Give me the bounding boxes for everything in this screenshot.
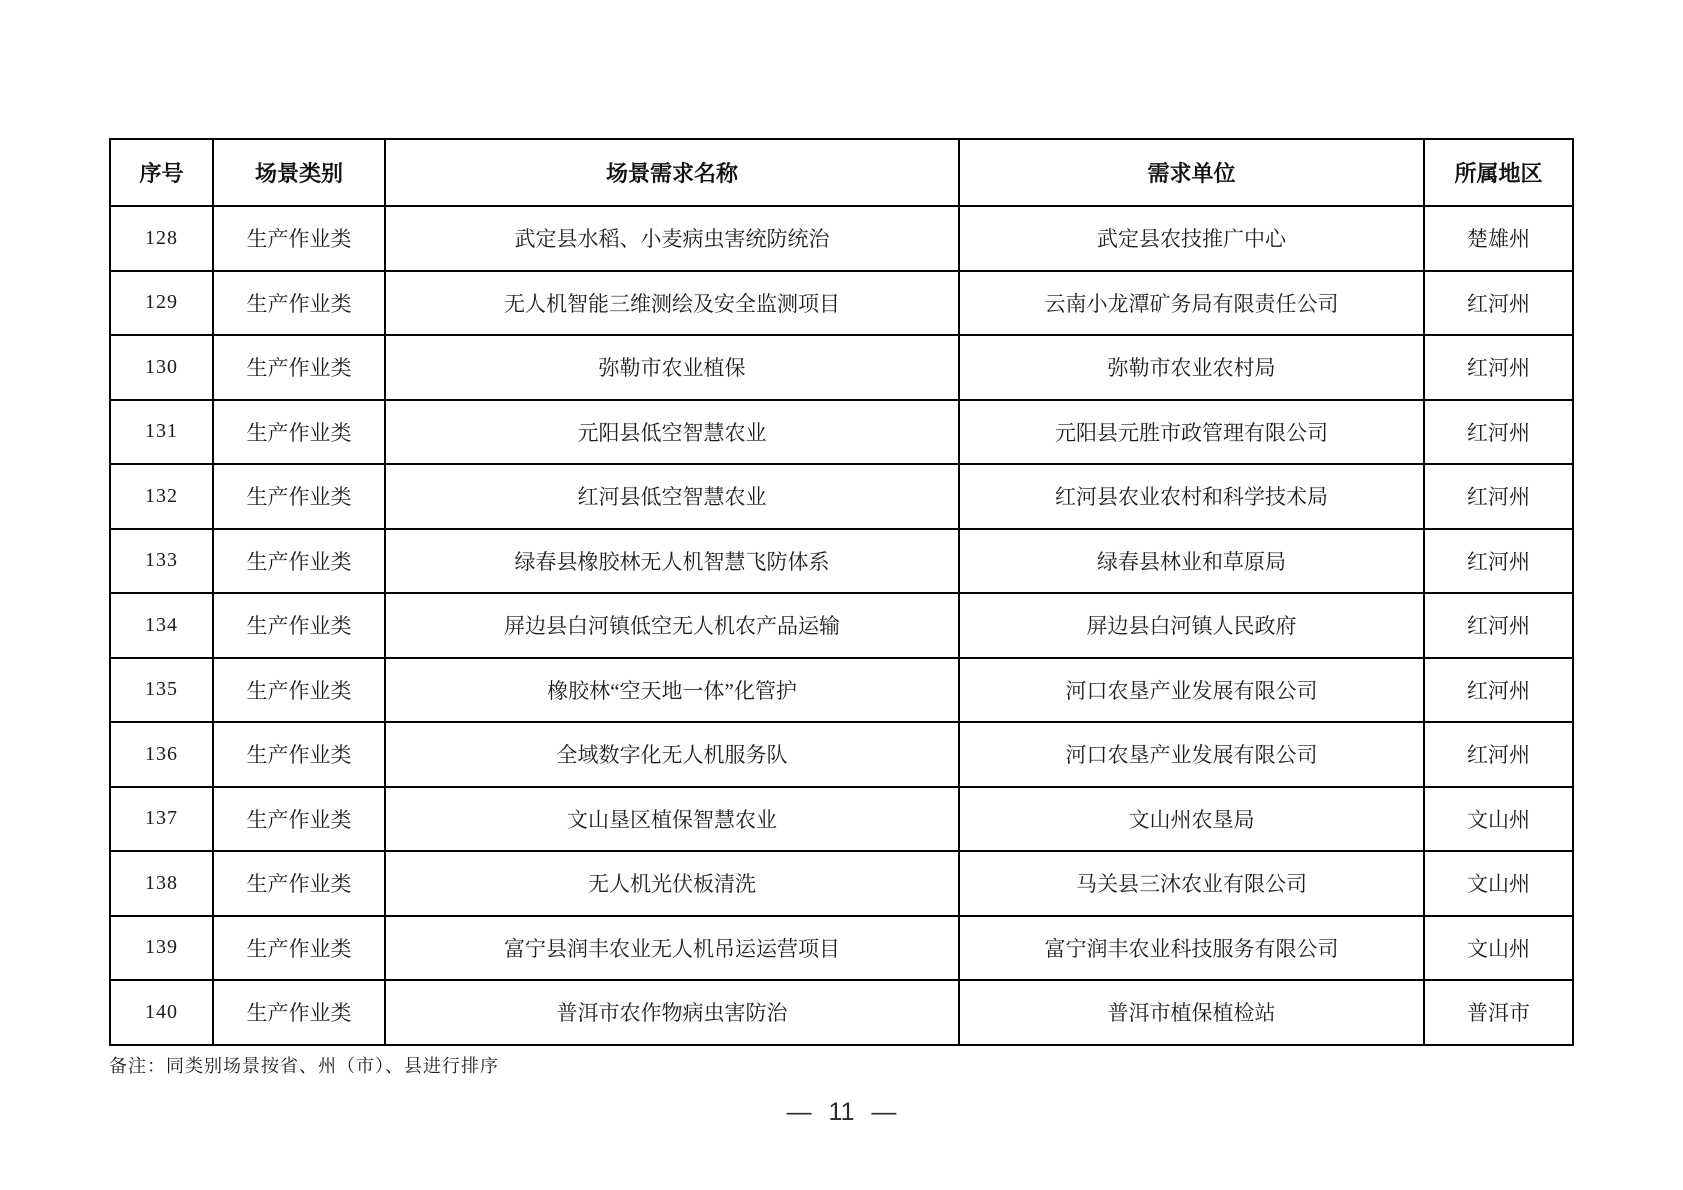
- cell-region: 楚雄州: [1424, 206, 1573, 271]
- cell-scene-demand-name: 红河县低空智慧农业: [385, 464, 959, 529]
- cell-demand-unit: 元阳县元胜市政管理有限公司: [959, 400, 1424, 465]
- table-row: 132 生产作业类 红河县低空智慧农业 红河县农业农村和科学技术局 红河州: [110, 464, 1573, 529]
- table-row: 130 生产作业类 弥勒市农业植保 弥勒市农业农村局 红河州: [110, 335, 1573, 400]
- cell-demand-unit: 红河县农业农村和科学技术局: [959, 464, 1424, 529]
- cell-scene-category: 生产作业类: [213, 206, 385, 271]
- cell-scene-demand-name: 无人机光伏板清洗: [385, 851, 959, 916]
- header-serial-number: 序号: [110, 139, 213, 206]
- cell-demand-unit: 绿春县林业和草原局: [959, 529, 1424, 594]
- cell-serial-number: 129: [110, 271, 213, 336]
- cell-serial-number: 135: [110, 658, 213, 723]
- cell-scene-demand-name: 全域数字化无人机服务队: [385, 722, 959, 787]
- cell-scene-demand-name: 屏边县白河镇低空无人机农产品运输: [385, 593, 959, 658]
- cell-scene-category: 生产作业类: [213, 335, 385, 400]
- cell-region: 红河州: [1424, 658, 1573, 723]
- cell-serial-number: 134: [110, 593, 213, 658]
- cell-region: 红河州: [1424, 400, 1573, 465]
- page-number: — 11 —: [0, 1098, 1683, 1127]
- cell-scene-demand-name: 无人机智能三维测绘及安全监测项目: [385, 271, 959, 336]
- cell-scene-category: 生产作业类: [213, 980, 385, 1045]
- cell-region: 文山州: [1424, 851, 1573, 916]
- cell-demand-unit: 弥勒市农业农村局: [959, 335, 1424, 400]
- cell-region: 普洱市: [1424, 980, 1573, 1045]
- cell-serial-number: 140: [110, 980, 213, 1045]
- cell-serial-number: 139: [110, 916, 213, 981]
- cell-scene-category: 生产作业类: [213, 851, 385, 916]
- cell-demand-unit: 屏边县白河镇人民政府: [959, 593, 1424, 658]
- cell-demand-unit: 文山州农垦局: [959, 787, 1424, 852]
- cell-demand-unit: 武定县农技推广中心: [959, 206, 1424, 271]
- cell-scene-demand-name: 弥勒市农业植保: [385, 335, 959, 400]
- cell-scene-demand-name: 橡胶林“空天地一体”化管护: [385, 658, 959, 723]
- cell-region: 红河州: [1424, 529, 1573, 594]
- header-scene-category: 场景类别: [213, 139, 385, 206]
- cell-scene-category: 生产作业类: [213, 722, 385, 787]
- cell-demand-unit: 河口农垦产业发展有限公司: [959, 658, 1424, 723]
- cell-serial-number: 131: [110, 400, 213, 465]
- table-row: 140 生产作业类 普洱市农作物病虫害防治 普洱市植保植检站 普洱市: [110, 980, 1573, 1045]
- scene-demand-table: 序号 场景类别 场景需求名称 需求单位 所属地区 128 生产作业类 武定县水稻…: [109, 138, 1574, 1046]
- cell-demand-unit: 普洱市植保植检站: [959, 980, 1424, 1045]
- cell-serial-number: 132: [110, 464, 213, 529]
- cell-region: 红河州: [1424, 593, 1573, 658]
- cell-serial-number: 137: [110, 787, 213, 852]
- cell-demand-unit: 马关县三沐农业有限公司: [959, 851, 1424, 916]
- cell-scene-category: 生产作业类: [213, 593, 385, 658]
- cell-serial-number: 130: [110, 335, 213, 400]
- cell-demand-unit: 富宁润丰农业科技服务有限公司: [959, 916, 1424, 981]
- header-region: 所属地区: [1424, 139, 1573, 206]
- cell-scene-category: 生产作业类: [213, 787, 385, 852]
- cell-scene-category: 生产作业类: [213, 464, 385, 529]
- cell-serial-number: 133: [110, 529, 213, 594]
- table-row: 138 生产作业类 无人机光伏板清洗 马关县三沐农业有限公司 文山州: [110, 851, 1573, 916]
- cell-serial-number: 136: [110, 722, 213, 787]
- cell-region: 红河州: [1424, 271, 1573, 336]
- cell-scene-category: 生产作业类: [213, 529, 385, 594]
- cell-demand-unit: 云南小龙潭矿务局有限责任公司: [959, 271, 1424, 336]
- table-row: 135 生产作业类 橡胶林“空天地一体”化管护 河口农垦产业发展有限公司 红河州: [110, 658, 1573, 723]
- cell-scene-category: 生产作业类: [213, 271, 385, 336]
- cell-scene-demand-name: 文山垦区植保智慧农业: [385, 787, 959, 852]
- table-row: 136 生产作业类 全域数字化无人机服务队 河口农垦产业发展有限公司 红河州: [110, 722, 1573, 787]
- cell-serial-number: 128: [110, 206, 213, 271]
- cell-demand-unit: 河口农垦产业发展有限公司: [959, 722, 1424, 787]
- cell-region: 红河州: [1424, 722, 1573, 787]
- table-row: 128 生产作业类 武定县水稻、小麦病虫害统防统治 武定县农技推广中心 楚雄州: [110, 206, 1573, 271]
- cell-region: 文山州: [1424, 787, 1573, 852]
- document-page: 序号 场景类别 场景需求名称 需求单位 所属地区 128 生产作业类 武定县水稻…: [0, 0, 1683, 1190]
- cell-serial-number: 138: [110, 851, 213, 916]
- cell-scene-demand-name: 绿春县橡胶林无人机智慧飞防体系: [385, 529, 959, 594]
- table-row: 133 生产作业类 绿春县橡胶林无人机智慧飞防体系 绿春县林业和草原局 红河州: [110, 529, 1573, 594]
- cell-scene-demand-name: 武定县水稻、小麦病虫害统防统治: [385, 206, 959, 271]
- cell-scene-demand-name: 普洱市农作物病虫害防治: [385, 980, 959, 1045]
- cell-region: 红河州: [1424, 335, 1573, 400]
- table-row: 134 生产作业类 屏边县白河镇低空无人机农产品运输 屏边县白河镇人民政府 红河…: [110, 593, 1573, 658]
- cell-scene-category: 生产作业类: [213, 916, 385, 981]
- cell-region: 红河州: [1424, 464, 1573, 529]
- footnote: 备注：同类别场景按省、州（市）、县进行排序: [109, 1052, 499, 1078]
- table-row: 139 生产作业类 富宁县润丰农业无人机吊运运营项目 富宁润丰农业科技服务有限公…: [110, 916, 1573, 981]
- cell-scene-category: 生产作业类: [213, 400, 385, 465]
- cell-scene-demand-name: 富宁县润丰农业无人机吊运运营项目: [385, 916, 959, 981]
- table-header-row: 序号 场景类别 场景需求名称 需求单位 所属地区: [110, 139, 1573, 206]
- header-demand-unit: 需求单位: [959, 139, 1424, 206]
- cell-scene-demand-name: 元阳县低空智慧农业: [385, 400, 959, 465]
- table-row: 129 生产作业类 无人机智能三维测绘及安全监测项目 云南小龙潭矿务局有限责任公…: [110, 271, 1573, 336]
- table-row: 137 生产作业类 文山垦区植保智慧农业 文山州农垦局 文山州: [110, 787, 1573, 852]
- cell-scene-category: 生产作业类: [213, 658, 385, 723]
- cell-region: 文山州: [1424, 916, 1573, 981]
- table-row: 131 生产作业类 元阳县低空智慧农业 元阳县元胜市政管理有限公司 红河州: [110, 400, 1573, 465]
- header-scene-demand-name: 场景需求名称: [385, 139, 959, 206]
